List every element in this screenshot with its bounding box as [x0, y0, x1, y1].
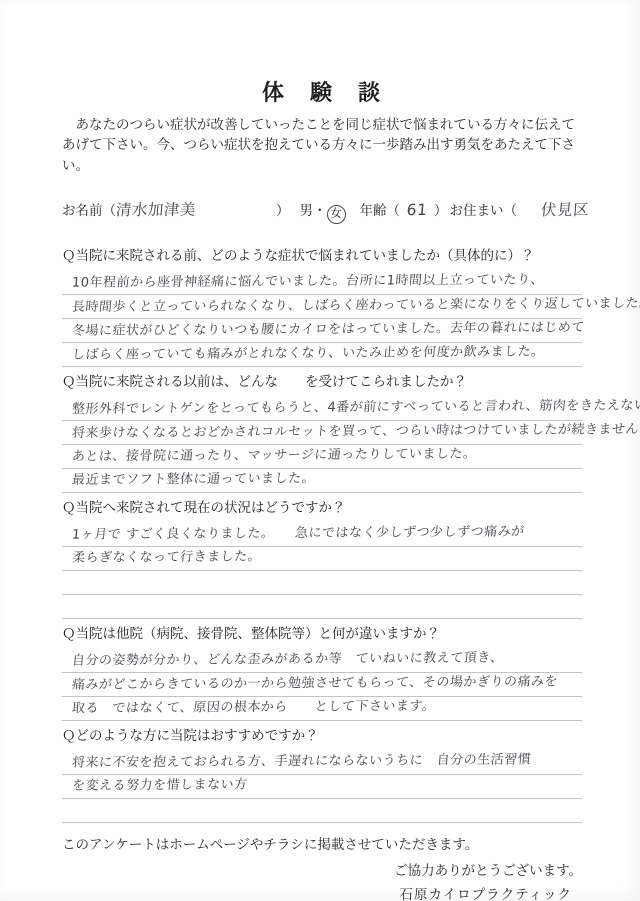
answer-line: を変える努力を惜しまない方: [62, 775, 582, 799]
handwritten-answer: 1ヶ月で すごく良くなりました。 急にではなく少しずつ少しずつ痛みが: [71, 521, 525, 546]
answer-line: 冬場に症状がひどくなりいつも腰にカイロをはっていました。去年の暮れにはじめて: [62, 319, 582, 343]
answer-line: あとは、接骨院に通ったり、マッサージに通ったりしていました。: [62, 445, 582, 469]
profile-row: お名前（清水加津美）男・女年齢（61）お住まい（伏見区）: [62, 198, 582, 224]
handwritten-answer: 将来に不安を抱えておられる方、手遅れにならないうちに 自分の生活習慣: [71, 749, 532, 774]
footer-thanks-text: ご協力ありがとうございます。: [62, 859, 582, 879]
question-label: Ｑどのような方に当院はおすすめですか？: [62, 724, 582, 744]
answer-line: 整形外科でレントゲンをとってもらうと、4番が前にすべっていると言われ、筋肉をきた…: [62, 397, 582, 421]
clinic-name: 石原カイロプラクティック: [62, 883, 572, 901]
name-close-paren: ）: [276, 203, 290, 218]
question-block-difference-from-others: Ｑ当院は他院（病院、接骨院、整体院等）と何が違いますか？ 自分の姿勢が分かり、ど…: [62, 622, 582, 721]
handwritten-answer: を変える努力を惜しまない方: [71, 774, 248, 797]
age-value-handwritten: 61: [399, 201, 434, 219]
question-label: Ｑ当院に来院される以前は、どんな を受けてこられましたか？: [62, 370, 582, 390]
handwritten-answer: 取る ではなくて、原因の根本から として下さいます。: [71, 695, 436, 720]
gender-female-circled: 女: [327, 205, 346, 224]
question-block-current-condition: Ｑ当院へ来院されて現在の状況はどうですか？ 1ヶ月で すごく良くなりました。 急…: [62, 496, 582, 619]
question-label: Ｑ当院へ来院されて現在の状況はどうですか？: [62, 496, 582, 516]
handwritten-answer: 冬場に症状がひどくなりいつも腰にカイロをはっていました。去年の暮れにはじめて: [71, 317, 586, 343]
gender-male-label: 男: [300, 203, 314, 218]
answer-line: 柔らぎなくなって行きました。: [62, 547, 582, 571]
handwritten-answer: 10年程前から座骨神経痛に悩んでいました。台所に1時間以上立っていたり、: [71, 269, 545, 294]
question-block-symptoms-before: Ｑ当院に来院される前、どのような症状で悩まれていましたか（具体的に）？ 10年程…: [62, 244, 582, 367]
question-block-previous-treatments: Ｑ当院に来院される以前は、どんな を受けてこられましたか？ 整形外科でレントゲン…: [62, 370, 582, 493]
scanned-testimonial-page: 体 験 談 あなたのつらい症状が改善していったことを同じ症状で悩まれている方々に…: [0, 0, 640, 901]
blank-ruled-line: [62, 595, 582, 619]
handwritten-answer: 最近までソフト整体に通っていました。: [71, 468, 316, 492]
handwritten-answer: 柔らぎなくなって行きました。: [71, 546, 262, 569]
name-value-handwritten: 清水加津美: [115, 197, 197, 220]
handwritten-answer: あとは、接骨院に通ったり、マッサージに通ったりしていました。: [71, 443, 477, 468]
gender-group: 男・女: [300, 199, 346, 224]
gender-separator: ・: [313, 203, 327, 218]
footer-publication-note: このアンケートはホームページやチラシに掲載させていただきます。: [62, 833, 582, 853]
blank-ruled-line: [62, 799, 582, 823]
residence-value-handwritten: 伏見区: [540, 198, 590, 220]
answer-line: 将来に不安を抱えておられる方、手遅れにならないうちに 自分の生活習慣: [62, 751, 582, 775]
handwritten-answer: しばらく座っていても痛みがとれなくなり、いたみ止めを何度か飲みました。: [71, 341, 546, 366]
answer-line: 1ヶ月で すごく良くなりました。 急にではなく少しずつ少しずつ痛みが: [62, 523, 582, 547]
intro-text: あなたのつらい症状が改善していったことを同じ症状で悩まれている方々に伝えてあげて…: [62, 115, 582, 176]
answer-line: 10年程前から座骨神経痛に悩んでいました。台所に1時間以上立っていたり、: [62, 271, 582, 295]
age-label: 年齢（: [360, 203, 401, 218]
answer-line: 痛みがどこからきているのか一から勉強させてもらって、その場かぎりの痛みを: [62, 673, 582, 697]
answer-line: 取る ではなくて、原因の根本から として下さいます。: [62, 697, 582, 721]
question-label: Ｑ当院は他院（病院、接骨院、整体院等）と何が違いますか？: [62, 622, 582, 642]
page-title: 体 験 談: [62, 76, 582, 107]
answer-line: 将来歩けなくなるとおどかされコルセットを買って、つらい時はつけていましたが続きま…: [62, 421, 582, 445]
handwritten-answer: 長時間歩くと立っていられなくなり、しばらく座わっていると楽になりをくり返していま…: [71, 293, 640, 319]
question-block-recommended-for: Ｑどのような方に当院はおすすめですか？ 将来に不安を抱えておられる方、手遅れにな…: [62, 724, 582, 823]
answer-line: 自分の姿勢が分かり、どんな歪みがあるか等 ていねいに教えて頂き、: [62, 649, 582, 673]
age-close-paren: ）: [434, 203, 448, 218]
answer-line: しばらく座っていても痛みがとれなくなり、いたみ止めを何度か飲みました。: [62, 343, 582, 367]
blank-ruled-line: [62, 571, 582, 595]
answer-line: 最近までソフト整体に通っていました。: [62, 469, 582, 493]
name-label: お名前（: [62, 203, 116, 218]
answer-line: 長時間歩くと立っていられなくなり、しばらく座わっていると楽になりをくり返していま…: [62, 295, 582, 319]
question-label: Ｑ当院に来院される前、どのような症状で悩まれていましたか（具体的に）？: [62, 244, 582, 264]
handwritten-answer: 痛みがどこからきているのか一から勉強させてもらって、その場かぎりの痛みを: [71, 671, 559, 696]
handwritten-answer: 将来歩けなくなるとおどかされコルセットを買って、つらい時はつけていましたが続きま…: [71, 419, 640, 445]
residence-label: お住まい（: [450, 203, 518, 218]
handwritten-answer: 整形外科でレントゲンをとってもらうと、4番が前にすべっていると言われ、筋肉をきた…: [71, 395, 640, 421]
handwritten-answer: 自分の姿勢が分かり、どんな歪みがあるか等 ていねいに教えて頂き、: [71, 647, 505, 672]
